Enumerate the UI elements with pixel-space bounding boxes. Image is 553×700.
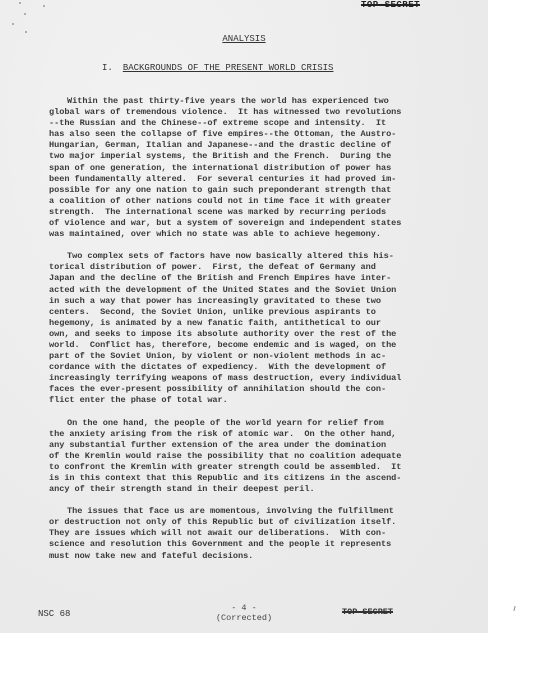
paragraph-line: of violence and war, but a system of sov… [49, 218, 469, 229]
paragraph-line: torical distribution of power. First, th… [49, 262, 469, 273]
paragraph-line: The issues that face us are momentous, i… [49, 506, 469, 517]
scan-speck [24, 13, 26, 15]
scan-speck [12, 23, 14, 25]
page-number: - 4 - [0, 603, 488, 613]
paragraph-line: global wars of tremendous violence. It h… [49, 107, 469, 118]
paragraph-line: flict enter the phase of total war. [49, 395, 469, 406]
paragraph-line: of the Kremlin would raise the possibili… [49, 451, 469, 462]
paragraph-line: cordance with the dictates of expediency… [49, 362, 469, 373]
paragraph: Two complex sets of factors have now bas… [49, 251, 469, 406]
paragraph-line: in such a way that power has increasingl… [49, 296, 469, 307]
paragraph-line: is in this context that this Republic an… [49, 473, 469, 484]
footer-page-info: - 4 - (Corrected) [0, 603, 488, 623]
paragraph-line: was maintained, over which no state was … [49, 229, 469, 240]
paragraph-line: any substantial further extension of the… [49, 440, 469, 451]
classification-marking-top: TOP SECRET [361, 0, 420, 10]
section-number: I. [102, 63, 113, 73]
scan-speck [43, 5, 45, 7]
paragraph-line: hegemony, is animated by a new fanatic f… [49, 318, 469, 329]
paragraph-line: to confront the Kremlin with greater str… [49, 462, 469, 473]
paragraph-line: faces the ever-present possibility of an… [49, 384, 469, 395]
paragraph-line: has also seen the collapse of five empir… [49, 129, 469, 140]
scan-speck [25, 31, 27, 33]
section-heading: I.BACKGROUNDS OF THE PRESENT WORLD CRISI… [102, 63, 333, 73]
paragraph-line: Japan and the decline of the British and… [49, 273, 469, 284]
paragraph-line: acted with the development of the United… [49, 285, 469, 296]
paragraph-line: Within the past thirty-five years the wo… [49, 96, 469, 107]
paragraph-line: Two complex sets of factors have now bas… [49, 251, 469, 262]
classification-marking-bottom: TOP SECRET [342, 607, 393, 617]
paragraph-line: the anxiety arising from the risk of ato… [49, 429, 469, 440]
paragraph: The issues that face us are momentous, i… [49, 506, 469, 561]
paragraph: Within the past thirty-five years the wo… [49, 96, 469, 240]
paragraph-line: strength. The international scene was ma… [49, 207, 469, 218]
paragraph-line: increasingly terrifying weapons of mass … [49, 373, 469, 384]
paragraph-line: world. Conflict has, therefore, become e… [49, 340, 469, 351]
paragraph-line: been fundamentally altered. For several … [49, 174, 469, 185]
paragraph-line: They are issues which will not await our… [49, 528, 469, 539]
paragraph-line: On the one hand, the people of the world… [49, 418, 469, 429]
paragraph-line: Hungarian, German, Italian and Japanese-… [49, 140, 469, 151]
document-title: ANALYSIS [0, 34, 488, 44]
paragraph-line: own, and seeks to impose its absolute au… [49, 329, 469, 340]
paragraph-line: possible for any one nation to gain such… [49, 185, 469, 196]
document-body: Within the past thirty-five years the wo… [49, 96, 469, 573]
scan-speck [19, 2, 21, 4]
paragraph-line: centers. Second, the Soviet Union, unlik… [49, 307, 469, 318]
paragraph: On the one hand, the people of the world… [49, 418, 469, 496]
paragraph-line: two major imperial systems, the British … [49, 151, 469, 162]
paragraph-line: span of one generation, the internationa… [49, 163, 469, 174]
paragraph-line: part of the Soviet Union, by violent or … [49, 351, 469, 362]
scanned-document-page: TOP SECRET ANALYSIS I.BACKGROUNDS OF THE… [0, 0, 488, 633]
scan-mark [513, 606, 515, 611]
paragraph-line: --the Russian and the Chinese--of extrem… [49, 118, 469, 129]
paragraph-line: ancy of their strength stand in their de… [49, 484, 469, 495]
paragraph-line: science and resolution this Government a… [49, 539, 469, 550]
paragraph-line: must now take new and fateful decisions. [49, 551, 469, 562]
paragraph-line: a coalition of other nations could not i… [49, 196, 469, 207]
paragraph-line: or destruction not only of this Republic… [49, 517, 469, 528]
page-note: (Corrected) [0, 613, 488, 623]
section-title: BACKGROUNDS OF THE PRESENT WORLD CRISIS [123, 63, 334, 73]
